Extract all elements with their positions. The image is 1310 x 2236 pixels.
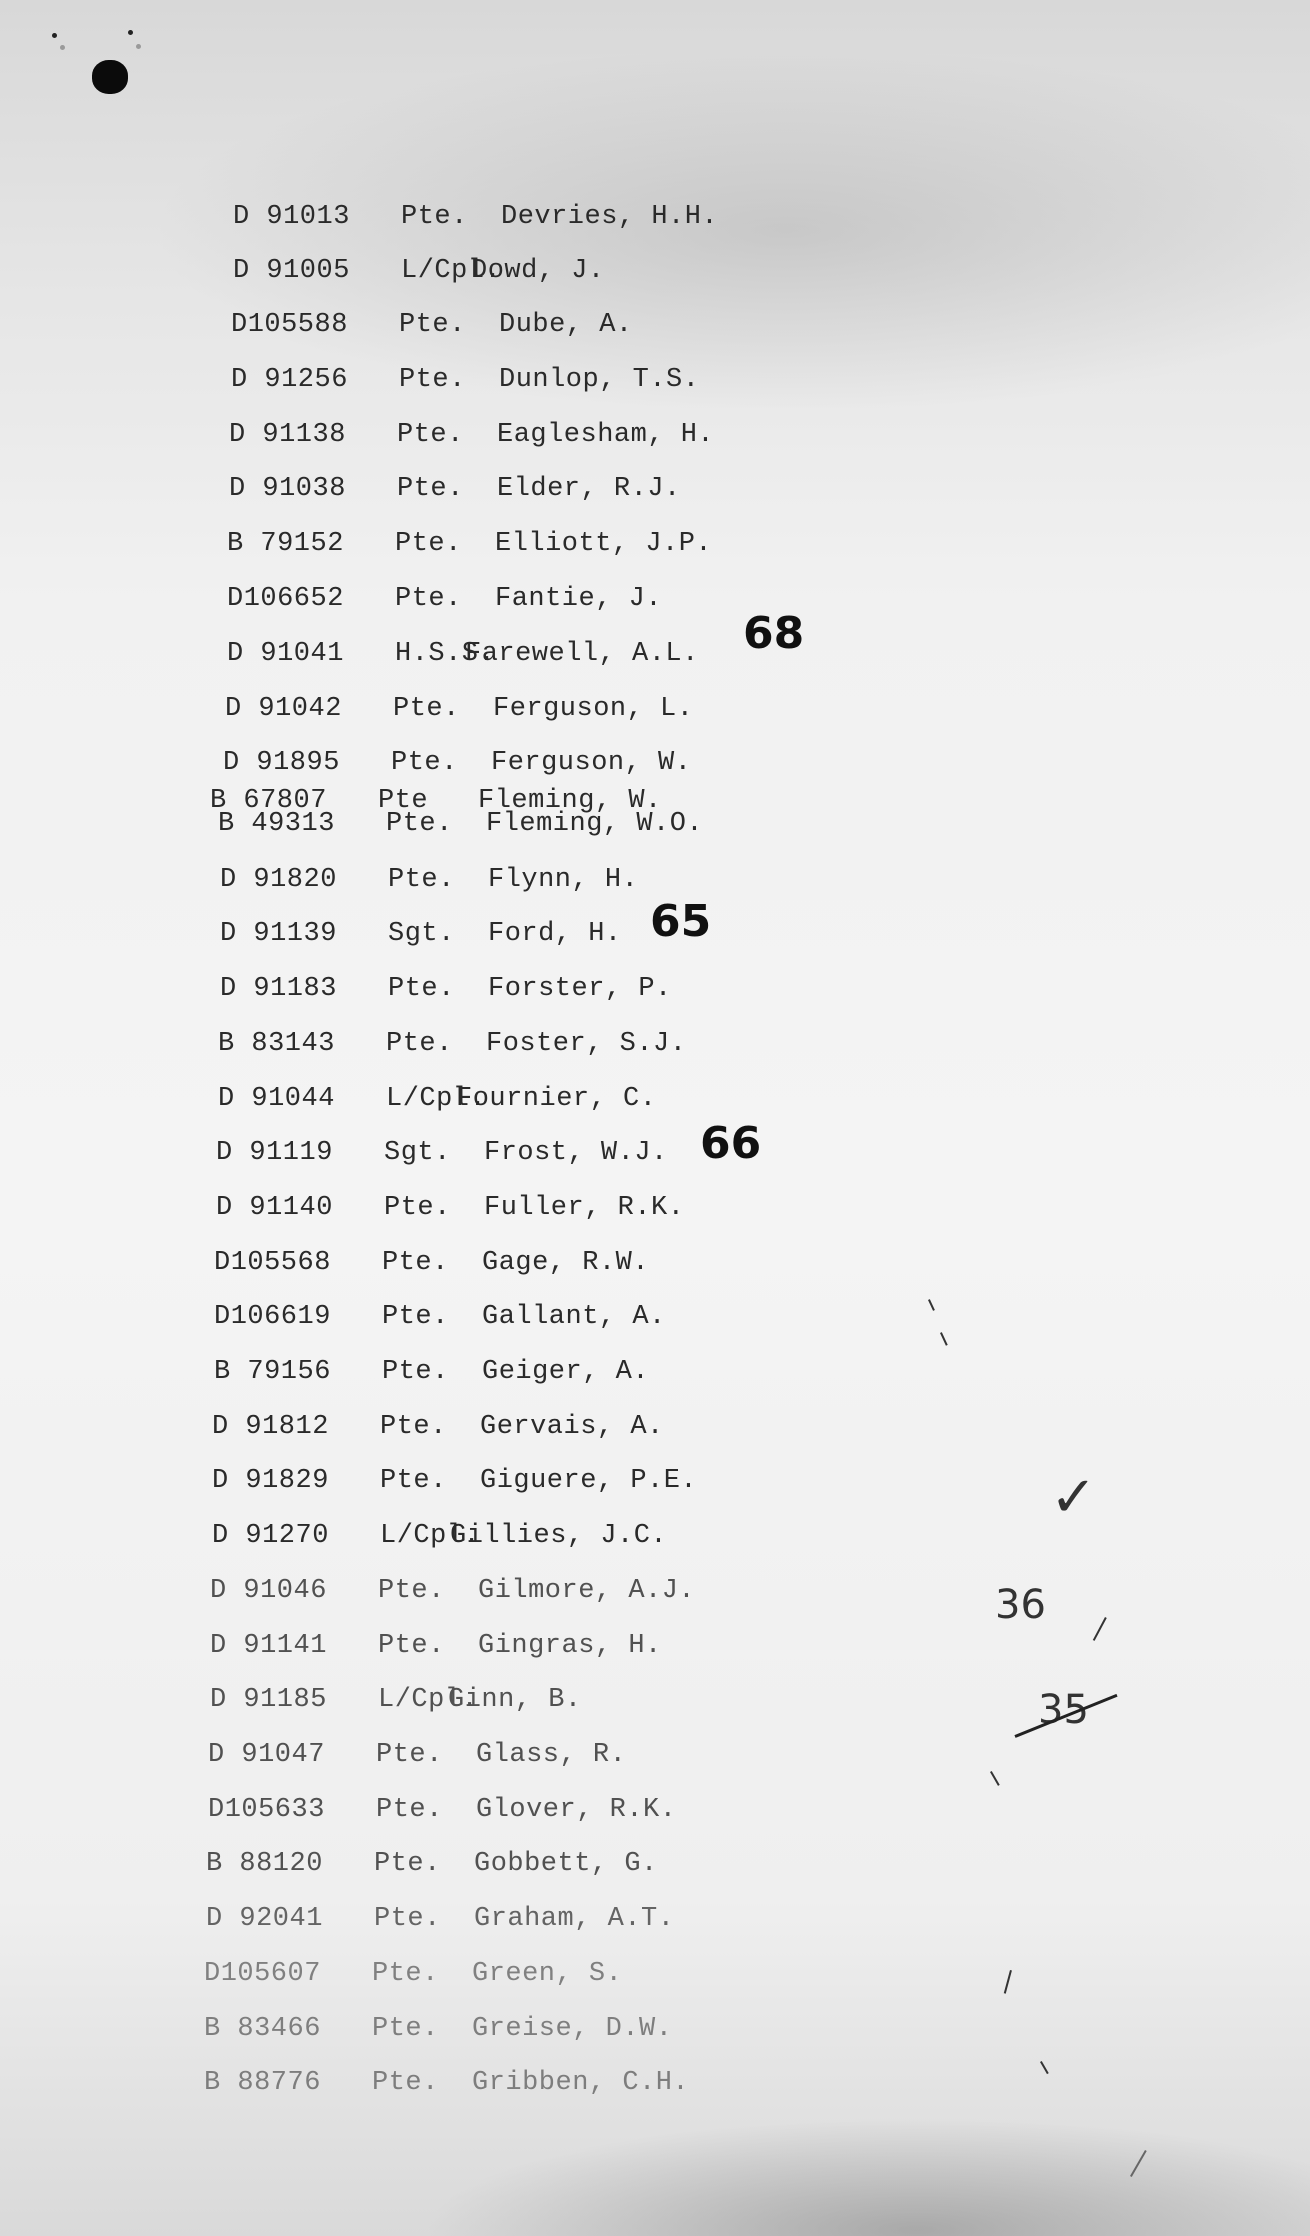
service-number: D 91270 — [212, 1516, 342, 1556]
member-name: Gervais, A. — [480, 1407, 664, 1447]
service-number: D 91895 — [223, 743, 353, 783]
member-name: Gallant, A. — [482, 1297, 666, 1337]
rank: Pte. — [386, 804, 453, 844]
service-number: B 49313 — [218, 804, 348, 844]
member-name: Glover, R.K. — [476, 1790, 676, 1830]
rank: Pte. — [386, 1024, 453, 1064]
member-name: Fleming, W.O. — [486, 804, 703, 844]
service-number: D 91119 — [216, 1133, 346, 1173]
rank: Pte. — [380, 1407, 447, 1447]
service-number: B 88776 — [204, 2063, 334, 2103]
member-name: Ferguson, L. — [493, 689, 693, 729]
member-name: Greise, D.W. — [472, 2009, 672, 2049]
annotation-frost: 66 — [700, 1122, 761, 1166]
member-name: Gage, R.W. — [482, 1243, 649, 1283]
rank: Pte. — [382, 1297, 449, 1337]
rank: Pte. — [374, 1899, 441, 1939]
rank: Pte. — [376, 1790, 443, 1830]
annotation-ford: 65 — [650, 900, 711, 944]
rank: Sgt. — [388, 914, 455, 954]
service-number: D 91185 — [210, 1680, 340, 1720]
service-number: D106619 — [214, 1297, 344, 1337]
rank: Pte. — [374, 1844, 441, 1884]
rank: Pte. — [378, 1626, 445, 1666]
service-number: D 91047 — [208, 1735, 338, 1775]
rank: Pte. — [372, 2009, 439, 2049]
annotation-check-mark: ✓ — [1050, 1470, 1097, 1526]
member-name: Gribben, C.H. — [472, 2063, 689, 2103]
rank: Pte. — [376, 1735, 443, 1775]
rank: Pte. — [401, 197, 468, 237]
member-name: Green, S. — [472, 1954, 622, 1994]
service-number: B 83466 — [204, 2009, 334, 2049]
member-name: Fuller, R.K. — [484, 1188, 684, 1228]
member-name: Fournier, C. — [456, 1079, 656, 1119]
rank: Pte. — [399, 360, 466, 400]
service-number: B 79152 — [227, 524, 357, 564]
member-name: Dube, A. — [499, 305, 633, 345]
service-number: D 91005 — [233, 251, 363, 291]
service-number: D 91042 — [225, 689, 355, 729]
member-name: Dunlop, T.S. — [499, 360, 699, 400]
rank: Pte. — [397, 469, 464, 509]
member-name: Fantie, J. — [495, 579, 662, 619]
member-name: Devries, H.H. — [501, 197, 718, 237]
service-number: D 91046 — [210, 1571, 340, 1611]
service-number: D 91820 — [220, 860, 350, 900]
service-number: D105607 — [204, 1954, 334, 1994]
member-name: Foster, S.J. — [486, 1024, 686, 1064]
service-number: B 88120 — [206, 1844, 336, 1884]
member-name: Glass, R. — [476, 1735, 626, 1775]
service-number: B 79156 — [214, 1352, 344, 1392]
service-number: D 91139 — [220, 914, 350, 954]
rank: Pte. — [382, 1352, 449, 1392]
member-name: Elliott, J.P. — [495, 524, 712, 564]
service-number: D 91138 — [229, 415, 359, 455]
annotation-farewell: 68 — [743, 612, 804, 656]
rank: Pte. — [388, 860, 455, 900]
rank: Sgt. — [384, 1133, 451, 1173]
member-name: Eaglesham, H. — [497, 415, 714, 455]
service-number: D 91829 — [212, 1461, 342, 1501]
nominal-roll: D 91013Pte.Devries, H.H.D 91005L/Cpl.Dow… — [0, 0, 1310, 2236]
service-number: D 91812 — [212, 1407, 342, 1447]
member-name: Graham, A.T. — [474, 1899, 674, 1939]
member-name: Forster, P. — [488, 969, 672, 1009]
member-name: Farewell, A.L. — [465, 634, 699, 674]
member-name: Ford, H. — [488, 914, 622, 954]
service-number: D 91044 — [218, 1079, 348, 1119]
member-name: Gingras, H. — [478, 1626, 662, 1666]
rank: Pte. — [388, 969, 455, 1009]
service-number: D106652 — [227, 579, 357, 619]
rank: Pte. — [397, 415, 464, 455]
service-number: D 91256 — [231, 360, 361, 400]
service-number: D105568 — [214, 1243, 344, 1283]
member-name: Gobbett, G. — [474, 1844, 658, 1884]
rank: Pte. — [393, 689, 460, 729]
rank: Pte. — [391, 743, 458, 783]
member-name: Ginn, B. — [448, 1680, 582, 1720]
member-name: Dowd, J. — [471, 251, 605, 291]
service-number: B 83143 — [218, 1024, 348, 1064]
service-number: D 91038 — [229, 469, 359, 509]
member-name: Elder, R.J. — [497, 469, 681, 509]
rank: Pte. — [395, 579, 462, 619]
service-number: D105633 — [208, 1790, 338, 1830]
rank: Pte. — [378, 1571, 445, 1611]
member-name: Geiger, A. — [482, 1352, 649, 1392]
service-number: D 91013 — [233, 197, 363, 237]
service-number: D105588 — [231, 305, 361, 345]
service-number: D 92041 — [206, 1899, 336, 1939]
service-number: D 91183 — [220, 969, 350, 1009]
rank: Pte. — [380, 1461, 447, 1501]
annotation-total: 36 — [995, 1585, 1046, 1625]
service-number: D 91140 — [216, 1188, 346, 1228]
rank: Pte. — [395, 524, 462, 564]
member-name: Flynn, H. — [488, 860, 638, 900]
member-name: Frost, W.J. — [484, 1133, 668, 1173]
rank: Pte. — [382, 1243, 449, 1283]
rank: Pte. — [399, 305, 466, 345]
service-number: D 91141 — [210, 1626, 340, 1666]
rank: Pte. — [384, 1188, 451, 1228]
rank: Pte. — [372, 2063, 439, 2103]
rank: Pte. — [372, 1954, 439, 1994]
member-name: Gilmore, A.J. — [478, 1571, 695, 1611]
member-name: Gillies, J.C. — [450, 1516, 667, 1556]
service-number: D 91041 — [227, 634, 357, 674]
member-name: Giguere, P.E. — [480, 1461, 697, 1501]
member-name: Ferguson, W. — [491, 743, 691, 783]
